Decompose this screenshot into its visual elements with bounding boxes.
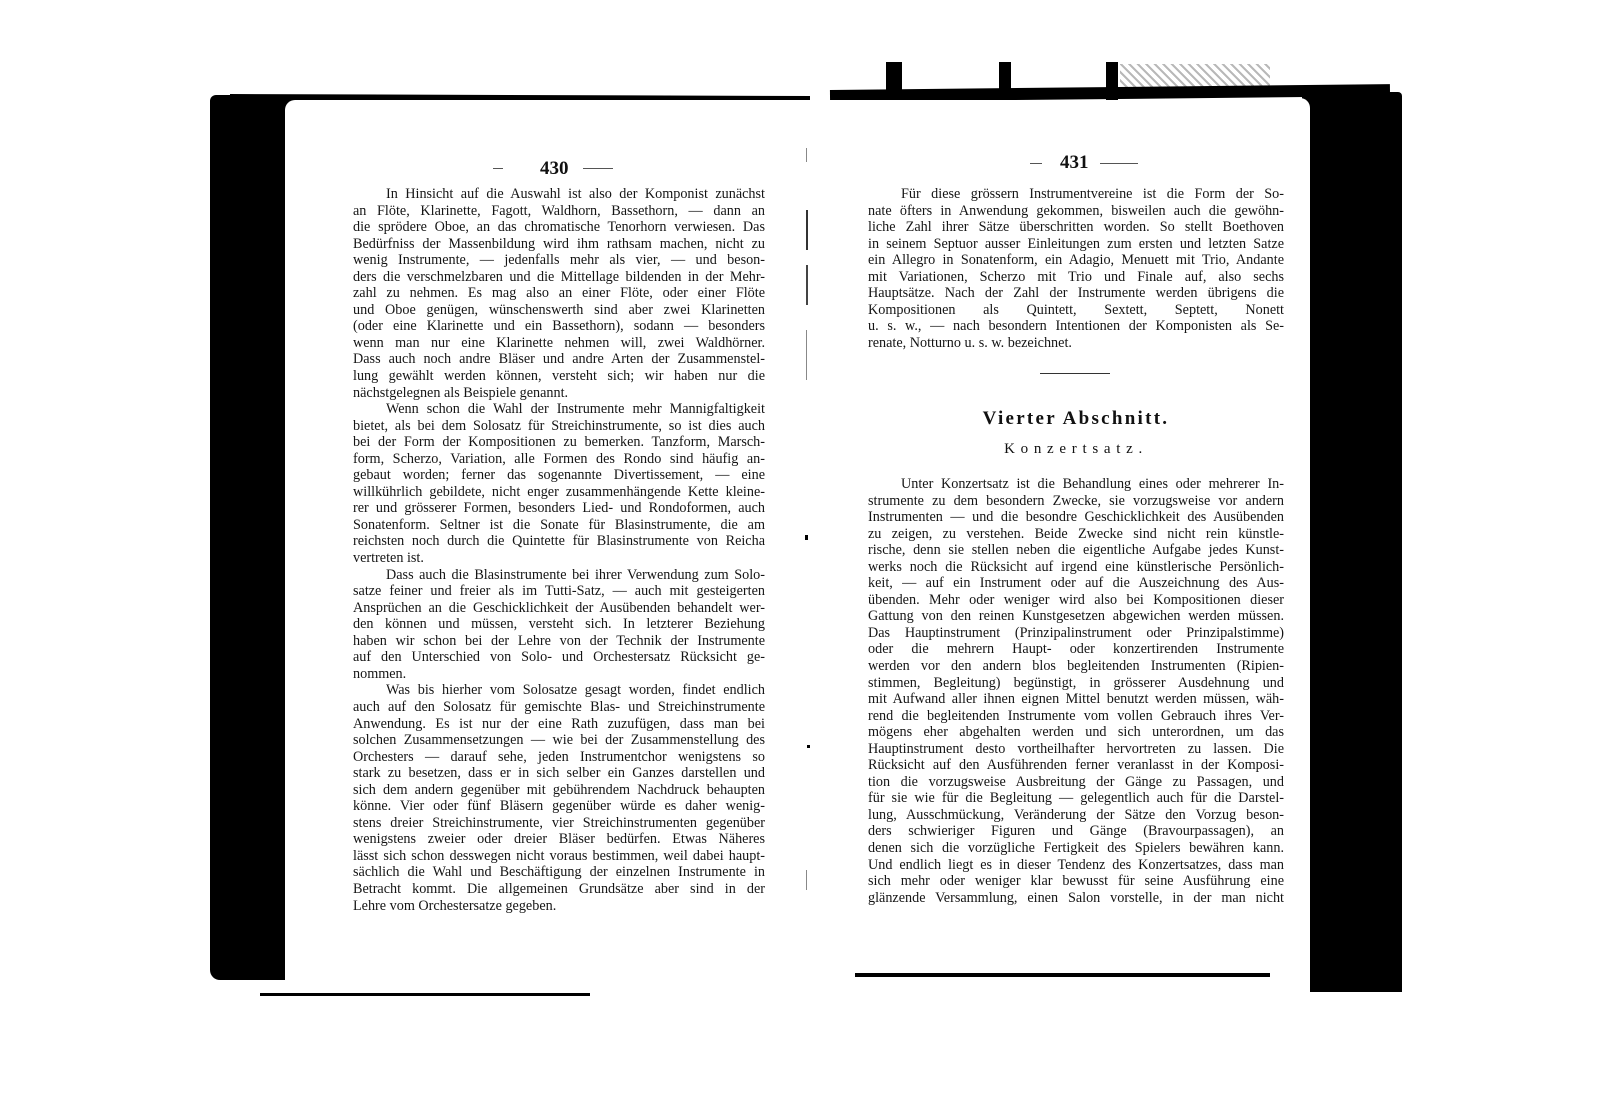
text-line: In Hinsicht auf die Auswahl ist also der… (353, 186, 765, 203)
text-line: liche Zahl ihrer Sätze überschritten wor… (868, 219, 1284, 236)
text-line: die sprödere Oboe, an das chromatische T… (353, 219, 765, 236)
text-line: bei der Form der Kompositionen zu bemerk… (353, 434, 765, 451)
header-dash (1030, 163, 1042, 164)
text-line: rische, denn sie stellen neben die eigen… (868, 542, 1284, 559)
text-line: stark zu besetzen, dass er in sich selbe… (353, 765, 765, 782)
section-subtitle: Konzertsatz. (868, 441, 1284, 458)
section-title: Vierter Abschnitt. (868, 408, 1284, 430)
text-line: bietet, als bei dem Solosatz für Streich… (353, 418, 765, 435)
text-line: oder die mehrern Haupt- oder konzertiren… (868, 641, 1284, 658)
text-line: gebaut worden; ferner das sogenannte Div… (353, 467, 765, 484)
scan-speck (807, 745, 810, 748)
book-spread: 430 In Hinsicht auf die Auswahl ist also… (0, 0, 1600, 1098)
text-line: wenig Instrumente, — jedenfalls mehr als… (353, 252, 765, 269)
text-line: ein Allegro in Sonatenform, ein Adagio, … (868, 252, 1284, 269)
text-line: renate, Notturno u. s. w. bezeichnet. (868, 335, 1284, 352)
text-line: Gattung von den reinen Kunstgesetzen abg… (868, 608, 1284, 625)
text-line: Rücksicht auf den Ausführenden ferner ve… (868, 757, 1284, 774)
text-line: zu zeigen, zu verstehen. Beide Zwecke si… (868, 526, 1284, 543)
text-line: willkührlich gebildete, nicht enger zusa… (353, 484, 765, 501)
text-line: lässt sich schon desswegen nicht voraus … (353, 848, 765, 865)
text-line: keit, — auf ein Instrument oder auf die … (868, 575, 1284, 592)
text-line: solchen Zusammensetzungen — wie bei der … (353, 732, 765, 749)
text-line: den können und müssen, versteht sich. In… (353, 616, 765, 633)
text-line: Sonatenform. Seltner ist die Sonate für … (353, 517, 765, 534)
text-line: Instrumenten — und die besondre Geschick… (868, 509, 1284, 526)
header-dash (493, 168, 503, 169)
gutter-mark (806, 870, 807, 890)
right-page-body-text: Unter Konzertsatz ist die Behandlung ein… (868, 476, 1284, 906)
gutter-mark (806, 330, 807, 380)
section-divider (1040, 373, 1110, 374)
text-line: (oder eine Klarinette und ein Bassethorn… (353, 318, 765, 335)
text-line: an Flöte, Klarinette, Fagott, Waldhorn, … (353, 203, 765, 220)
text-line: haben wir schon bei der Lehre von der Te… (353, 633, 765, 650)
page-tab (1106, 62, 1118, 100)
text-line: Kompositionen als Quintett, Sextett, Sep… (868, 302, 1284, 319)
bottom-edge-left (260, 993, 590, 996)
text-line: werden vor den andern blos begleitenden … (868, 658, 1284, 675)
text-line: Hauptsätze. Nach der Zahl der Instrument… (868, 285, 1284, 302)
text-line: mit Aufwand aller ihnen eignen Mittel be… (868, 691, 1284, 708)
gutter-mark (806, 210, 808, 250)
text-line: sächlich die Wahl und Beschäftigung der … (353, 864, 765, 881)
text-line: rer und grösserer Formen, besonders Lied… (353, 500, 765, 517)
text-line: rend die begleitenden Instrumente vom vo… (868, 708, 1284, 725)
text-line: Unter Konzertsatz ist die Behandlung ein… (868, 476, 1284, 493)
text-line: in seinem Septuor ausser Einleitungen zu… (868, 236, 1284, 253)
page-number-left: 430 (540, 158, 569, 180)
header-dash (583, 168, 613, 169)
right-page-intro-text: Für diese grössern Instrumentvereine ist… (868, 186, 1284, 351)
gutter-mark (806, 148, 807, 162)
text-line: Bedürfniss der Massenbildung wird ihm ra… (353, 236, 765, 253)
text-line: auch auf den Solosatz für gemischte Blas… (353, 699, 765, 716)
text-line: Betracht kommt. Die allgemeinen Grundsät… (353, 881, 765, 898)
right-book-edge (1302, 92, 1402, 992)
text-line: ders die verschmelzbaren und die Mittell… (353, 269, 765, 286)
text-line: Anwendung. Es ist nur der eine Rath zuzu… (353, 716, 765, 733)
text-line: Hauptinstrument desto vortheilhafter her… (868, 741, 1284, 758)
scan-speck (805, 535, 808, 540)
text-line: wenigstens zweier oder dreier Bläser bed… (353, 831, 765, 848)
page-tab (999, 62, 1011, 100)
text-line: strumente zu dem besondern Zwecke, sie v… (868, 493, 1284, 510)
text-line: könne. Vier oder fünf Bläsern gegenüber … (353, 798, 765, 815)
gutter-mark (806, 265, 808, 305)
text-line: auf den Unterschied von Solo- und Orches… (353, 649, 765, 666)
bottom-edge-right (855, 973, 1315, 977)
text-line: Wenn schon die Wahl der Instrumente mehr… (353, 401, 765, 418)
text-line: sich mehr oder weniger klar bewusst für … (868, 873, 1284, 890)
page-tab (886, 62, 902, 100)
text-line: u. s. w., — nach besondern Intentionen d… (868, 318, 1284, 335)
text-line: Und endlich liegt es in dieser Tendenz d… (868, 857, 1284, 874)
text-line: form, Scherzo, Variation, alle Formen de… (353, 451, 765, 468)
text-line: reichsten noch durch die Quintette für B… (353, 533, 765, 550)
text-line: lung, Ausschmückung, Veränderung der Sät… (868, 807, 1284, 824)
scan-noise (1120, 64, 1270, 90)
page-number-right: 431 (1060, 152, 1089, 174)
text-line: wenn man nur eine Klarinette nehmen will… (353, 335, 765, 352)
text-line: nächstgelegnen als Beispiele genannt. (353, 385, 765, 402)
left-page-text: In Hinsicht auf die Auswahl ist also der… (353, 186, 765, 914)
text-line: übenden. Mehr oder weniger wird also bei… (868, 592, 1284, 609)
text-line: satze feiner und freier als im Tutti-Sat… (353, 583, 765, 600)
text-line: Dass auch die Blasinstrumente bei ihrer … (353, 567, 765, 584)
text-line: Ansprüchen an die Geschicklichkeit der A… (353, 600, 765, 617)
text-line: nommen. (353, 666, 765, 683)
text-line: mögens eher abgehalten werden und sich u… (868, 724, 1284, 741)
text-line: werks noch die Rücksicht auf irgend eine… (868, 559, 1284, 576)
text-line: mit Variationen, Scherzo mit Trio und Fi… (868, 269, 1284, 286)
text-line: glänzende Versammlung, einen Salon vorst… (868, 890, 1284, 907)
text-line: ders schwieriger Figuren und Gänge (Brav… (868, 823, 1284, 840)
text-line: vertreten ist. (353, 550, 765, 567)
text-line: lung gewählt werden können, versteht sic… (353, 368, 765, 385)
text-line: Lehre vom Orchestersatze gegeben. (353, 898, 765, 915)
text-line: Orchesters — darauf sehe, jeden Instrume… (353, 749, 765, 766)
text-line: sich dem andern gegenüber mit gebührende… (353, 782, 765, 799)
text-line: denen sich die vorzügliche Fertigkeit de… (868, 840, 1284, 857)
text-line: nate öfters in Anwendung gekommen, biswe… (868, 203, 1284, 220)
text-line: stimmen, Begleitung) begünstigt, in grös… (868, 675, 1284, 692)
left-book-edge (210, 95, 290, 980)
text-line: stens dreier Streichinstrumente, vier St… (353, 815, 765, 832)
text-line: und Oboe genügen, wünschenswerth sind ab… (353, 302, 765, 319)
text-line: Das Hauptinstrument (Prinzipalinstrument… (868, 625, 1284, 642)
header-dash (1100, 163, 1138, 164)
text-line: tion die vorzugsweise Ausbreitung der Gä… (868, 774, 1284, 791)
text-line: für sie wie für die Begleitung — gelegen… (868, 790, 1284, 807)
text-line: Dass auch noch andre Bläser und andre Ar… (353, 351, 765, 368)
text-line: Was bis hierher vom Solosatze gesagt wor… (353, 682, 765, 699)
text-line: zahl zu nehmen. Es mag also an einer Flö… (353, 285, 765, 302)
text-line: Für diese grössern Instrumentvereine ist… (868, 186, 1284, 203)
